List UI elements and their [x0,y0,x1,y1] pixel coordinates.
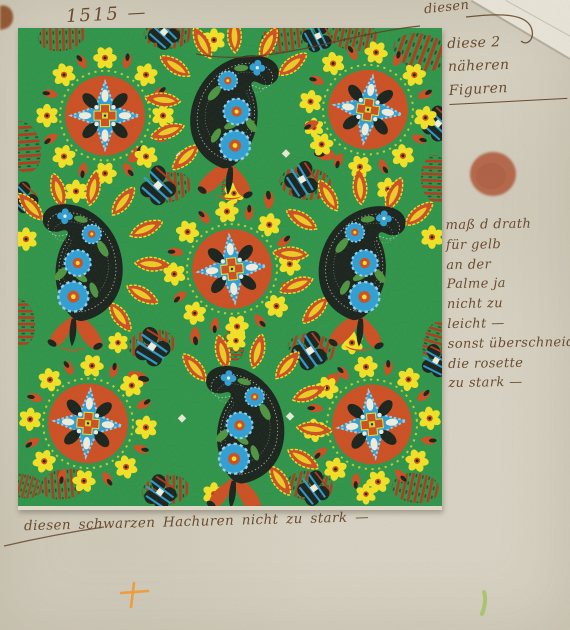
note-line: sonst überschneidt [448,333,570,355]
note-line: zu stark — [448,372,570,394]
margin-note-main: maß d drath für gelb an der Palme ja nic… [445,214,570,394]
green-tick-icon [482,592,485,614]
note-line: an der [446,254,568,276]
margin-note-top: diese 2 näheren Figuren [447,29,567,104]
stain-core [476,163,506,189]
textile-swatch [18,28,442,510]
note-line: nicht zu [447,293,569,315]
note-line: die rosette [448,353,570,375]
inventory-number: 1515 — [66,2,149,27]
callout-word: diesen [423,0,470,17]
registration-cross-icon [121,583,148,607]
manuscript-page: 1515 — diesen [0,0,570,630]
note-line: leicht — [447,313,569,335]
note-line: maß d drath [445,214,567,236]
ink-blot-icon [0,5,13,30]
note-line-underlined: Figuren [448,74,567,105]
textile-pattern-svg [18,28,442,506]
note-line: Palme ja [446,273,568,295]
note-line: für gelb [446,234,568,256]
stain-icon [470,152,516,196]
bottom-note: diesen schwarzen Hachuren nicht zu stark… [24,508,424,534]
